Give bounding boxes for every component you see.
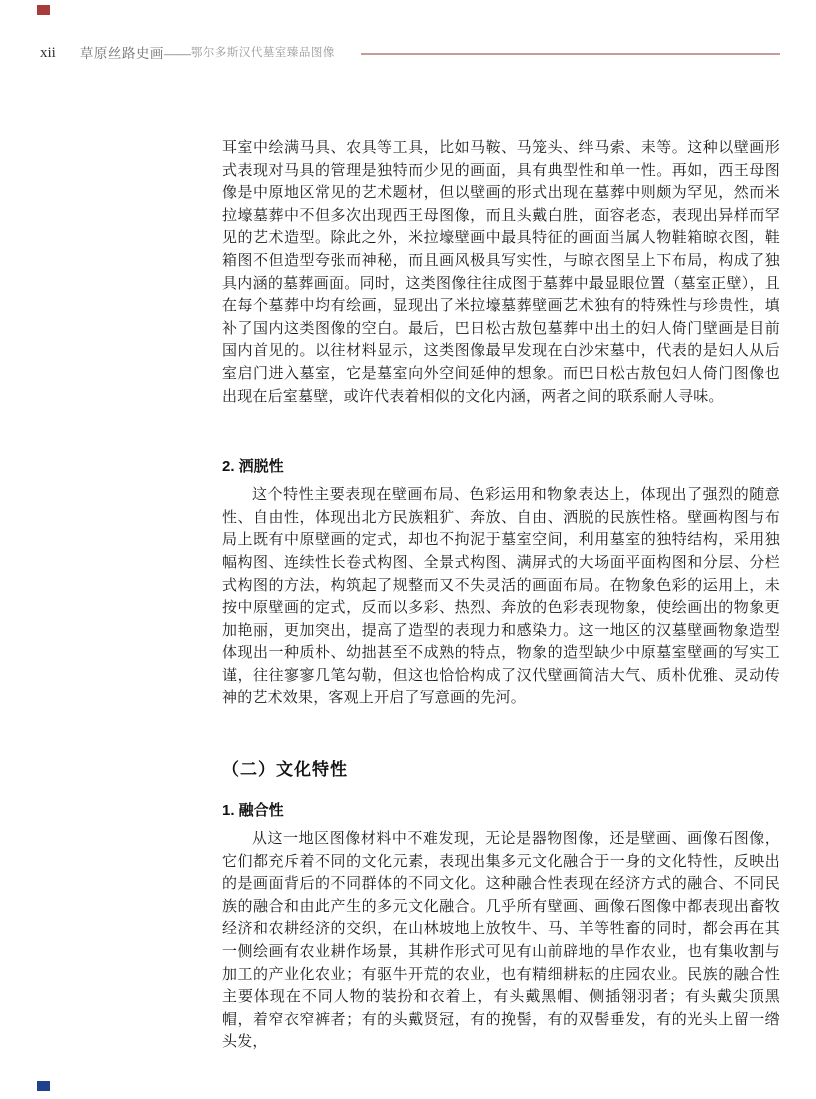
heading-fusion: 1. 融合性	[222, 800, 780, 822]
heading-sprightliness: 2. 洒脱性	[222, 456, 780, 478]
book-title: 草原丝路史画	[80, 47, 164, 61]
page-number: xii	[40, 46, 56, 61]
paragraph-fusion: 从这一地区图像材料中不难发现，无论是器物图像，还是壁画、画像石图像，它们都充斥着…	[222, 828, 780, 1054]
book-subtitle: 鄂尔多斯汉代墓室臻品图像	[191, 48, 335, 60]
header-rule	[361, 53, 780, 55]
page-color-marker-bottom	[37, 1081, 50, 1091]
paragraph-continuation: 耳室中绘满马具、农具等工具，比如马鞍、马笼头、绊马索、耒等。这种以壁画形式表现对…	[222, 137, 780, 408]
page-color-marker-top	[37, 5, 50, 15]
paragraph-sprightliness: 这个特性主要表现在壁画布局、色彩运用和物象表达上，体现出了强烈的随意性、自由性，…	[222, 484, 780, 710]
book-page: xii 草原丝路史画 —— 鄂尔多斯汉代墓室臻品图像 耳室中绘满马具、农具等工具…	[0, 0, 816, 1099]
running-header: xii 草原丝路史画 —— 鄂尔多斯汉代墓室臻品图像	[40, 46, 780, 61]
page-content: 耳室中绘满马具、农具等工具，比如马鞍、马笼头、绊马索、耒等。这种以壁画形式表现对…	[222, 137, 780, 1054]
title-separator: ——	[164, 47, 191, 61]
heading-cultural-characteristics: （二）文化特性	[222, 758, 780, 782]
